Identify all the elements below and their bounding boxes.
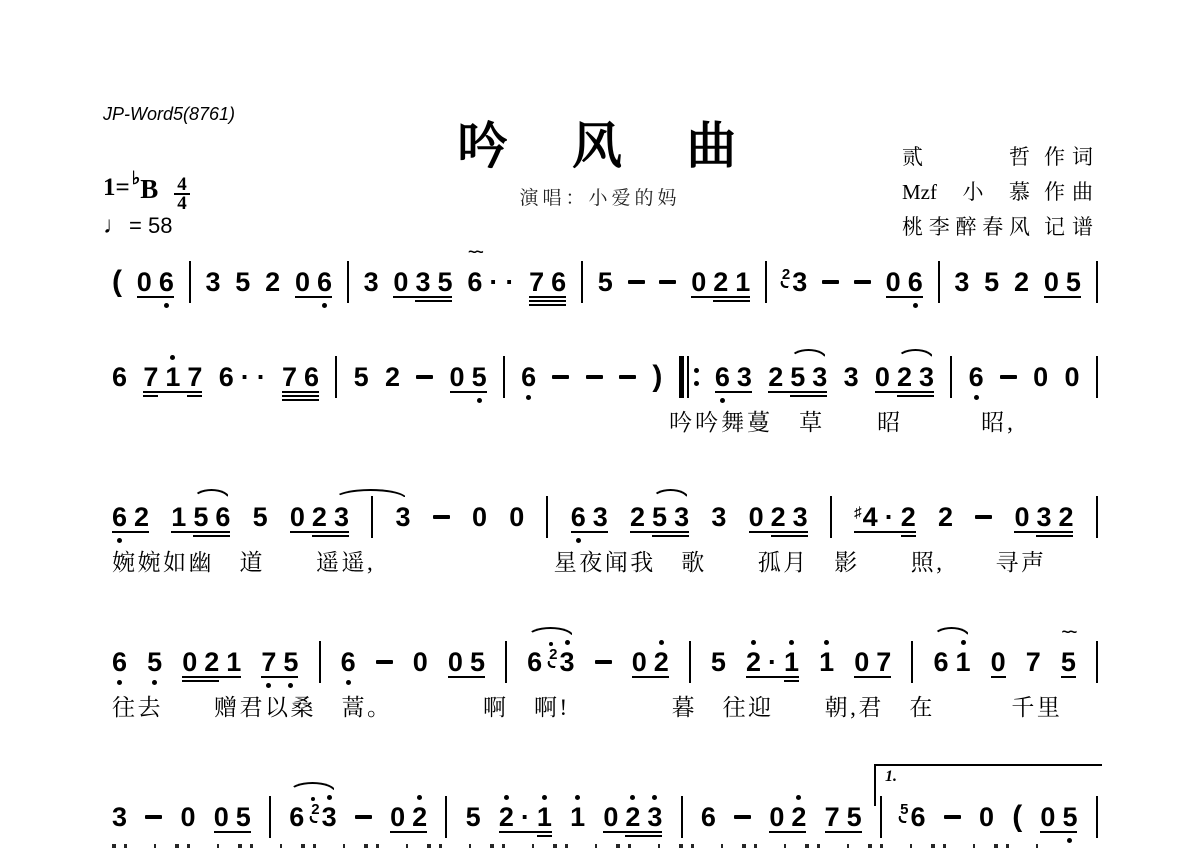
note: 6 <box>159 267 174 297</box>
octave-up-dot <box>575 795 580 800</box>
note-group: 623 <box>289 802 336 832</box>
system-2: 67176··7652056)632533023600吟吟舞蔓 草 昭 昭, <box>112 360 1098 437</box>
beam-line <box>1036 535 1073 537</box>
note-group: 1 <box>819 647 834 677</box>
octave-down-dot <box>266 683 271 688</box>
note: 2 <box>746 647 761 677</box>
octave-up-dot <box>311 797 315 801</box>
octave-up-dot <box>652 795 657 800</box>
dash-note <box>1000 375 1017 379</box>
note: 0 <box>295 267 310 297</box>
note: 3 <box>812 362 827 392</box>
beam-line <box>282 395 319 397</box>
octave-down-dot <box>913 303 918 308</box>
note: 2 <box>1014 267 1029 297</box>
octave-up-dot <box>504 795 509 800</box>
sharp-icon: ♯ <box>854 504 862 521</box>
note: 0 <box>472 502 487 532</box>
beam-line <box>529 300 566 302</box>
note-group: 62 <box>112 502 149 532</box>
note: 6 <box>215 502 230 532</box>
beam-line <box>854 531 916 533</box>
note: 3 <box>793 502 808 532</box>
note: 6 <box>341 647 356 677</box>
credit-lyricist: 贰哲 作词 <box>902 140 1100 175</box>
note-group: 3 <box>954 267 969 297</box>
note: 0 <box>182 647 197 677</box>
grace-note: 2 <box>311 803 319 817</box>
repeat-start-icon <box>679 356 699 398</box>
note: 0 <box>769 802 784 832</box>
note: 3 <box>415 267 430 297</box>
dash-note <box>416 375 433 379</box>
note: 6 <box>969 362 984 392</box>
note: 6 <box>317 267 332 297</box>
dash-note <box>376 660 393 664</box>
tie-arc <box>334 489 407 499</box>
system-3: 621565023300632533023♯4·22032婉婉如幽 道 遥遥, … <box>112 500 1098 577</box>
note-group: 05 <box>214 802 251 832</box>
note-group: 6 <box>112 362 127 392</box>
dash-note <box>552 375 569 379</box>
note-group: 23 <box>782 267 807 297</box>
dash-note <box>659 280 676 284</box>
beam-line <box>312 535 349 537</box>
beam-line <box>715 391 752 393</box>
beam-line <box>529 304 566 306</box>
note-group: 3 <box>395 502 410 532</box>
slur-arc <box>897 349 934 359</box>
note: 5 <box>472 362 487 392</box>
note-group: 5 <box>598 267 613 297</box>
note: 1 <box>226 647 241 677</box>
beam-line <box>632 676 669 678</box>
note: · <box>241 362 250 392</box>
dash-note <box>854 280 871 284</box>
note: 7 <box>876 647 891 677</box>
volta-label: 1. <box>885 768 897 786</box>
note: 0 <box>290 502 305 532</box>
note-group: 05 <box>448 647 485 677</box>
credits: 贰哲 作词 Mzf小慕 作曲 桃李醉春风 记谱 <box>902 140 1100 245</box>
note: 6 <box>304 362 319 392</box>
note: 7 <box>825 802 840 832</box>
note-group: 0 <box>472 502 487 532</box>
beam-line <box>854 676 891 678</box>
beam-line <box>897 395 934 397</box>
barline <box>765 261 767 303</box>
slur-arc <box>933 627 970 637</box>
note-group: 6 <box>112 647 127 677</box>
note-group: 0 <box>1033 362 1048 392</box>
note: 0 <box>413 647 428 677</box>
octave-up-dot <box>565 640 570 645</box>
note: 0 <box>854 647 869 677</box>
note: 56 <box>900 802 925 832</box>
note: 23 <box>549 647 574 677</box>
dash-note <box>433 515 450 519</box>
note-group: 06 <box>886 267 923 297</box>
dash-note <box>944 815 961 819</box>
note: · <box>521 802 530 832</box>
note: 2 <box>791 802 806 832</box>
note: 1 <box>784 647 799 677</box>
octave-up-dot <box>542 795 547 800</box>
credit-composer: Mzf小慕 作曲 <box>902 175 1100 210</box>
note: 0 <box>749 502 764 532</box>
note: 5 <box>193 502 208 532</box>
note: 6 <box>112 647 127 677</box>
note-group: 253 <box>630 502 689 532</box>
note: 6 <box>112 362 127 392</box>
note: 0 <box>393 267 408 297</box>
system-5: 30056230252·1102360275560(051. <box>112 800 1098 848</box>
slur-arc <box>527 627 574 637</box>
beam-line <box>182 680 219 682</box>
barline <box>546 496 548 538</box>
note-group: 0 <box>509 502 524 532</box>
note: 5 <box>847 802 862 832</box>
beam-line <box>691 296 750 298</box>
beam-line <box>143 391 202 393</box>
barline <box>371 496 373 538</box>
note: 6 <box>908 267 923 297</box>
note: 6 <box>112 502 127 532</box>
note-group: 75 <box>825 802 862 832</box>
key-letter: B <box>140 174 158 205</box>
note-group: 023 <box>875 362 934 392</box>
beam-line <box>529 296 566 298</box>
dash-note <box>822 280 839 284</box>
note: 2 <box>412 802 427 832</box>
beam-line <box>768 391 827 393</box>
note-group: 6 <box>969 362 984 392</box>
note: 0 <box>1033 362 1048 392</box>
beam-line <box>630 531 689 533</box>
measure-row: (063520630356~~··765021230635205 <box>112 265 1098 299</box>
note: 1 <box>735 267 750 297</box>
note-group: 6·· <box>219 362 266 392</box>
note: 3 <box>334 502 349 532</box>
paren: ) <box>652 362 662 392</box>
note: 6 <box>219 362 234 392</box>
note: 3 <box>647 802 662 832</box>
beam-line <box>1040 831 1077 833</box>
barline <box>938 261 940 303</box>
beam-line <box>991 676 1006 678</box>
note: 0 <box>450 362 465 392</box>
note: 1 <box>165 362 180 392</box>
note: 3 <box>919 362 934 392</box>
quarter-note-icon: ♩ <box>103 212 127 239</box>
clipped-lyrics <box>112 844 1039 848</box>
note-group: 035 <box>393 267 452 297</box>
note: 0 <box>991 647 1006 677</box>
note: 2 <box>654 647 669 677</box>
slur-arc <box>790 349 827 359</box>
beam-line <box>290 531 349 533</box>
note-group: 021 <box>691 267 750 297</box>
octave-up-dot <box>417 795 422 800</box>
note-group: 02 <box>769 802 806 832</box>
beam-line <box>295 296 332 298</box>
note-group: 61 <box>933 647 970 677</box>
note: 5 <box>984 267 999 297</box>
note: · <box>489 267 498 297</box>
note: 0 <box>886 267 901 297</box>
octave-up-dot <box>170 355 175 360</box>
credit-name: Mzf小慕 <box>902 175 1030 210</box>
note: 7 <box>261 647 276 677</box>
octave-up-dot <box>751 640 756 645</box>
note-group: 6 <box>521 362 536 392</box>
note-group: 7 <box>1026 647 1041 677</box>
note-group: 0 <box>991 647 1006 677</box>
lyrics-line: 婉婉如幽 道 遥遥, 星夜闻我 歌 孤月 影 照, 寻声 <box>112 544 1098 577</box>
note-group: 5 <box>253 502 268 532</box>
note-group: 0 <box>1064 362 1079 392</box>
beam-line <box>771 535 808 537</box>
beam-line <box>625 835 662 837</box>
mordent-icon: ~~ <box>1062 628 1076 638</box>
note: 2 <box>1059 502 1074 532</box>
barline <box>269 796 271 838</box>
octave-up-dot <box>659 640 664 645</box>
note: 3 <box>593 502 608 532</box>
barline <box>911 641 913 683</box>
octave-down-dot <box>526 395 531 400</box>
note-group: 3 <box>364 267 379 297</box>
note: 5 <box>466 802 481 832</box>
beam-line <box>790 395 827 397</box>
note: 3 <box>674 502 689 532</box>
note: ♯4 <box>854 502 878 532</box>
note: 0 <box>1040 802 1055 832</box>
note: 5 <box>283 647 298 677</box>
tempo-value: = 58 <box>129 213 172 238</box>
note-group: 56 <box>900 802 925 832</box>
octave-down-dot <box>322 303 327 308</box>
note-group: 3 <box>844 362 859 392</box>
note: 3 <box>711 502 726 532</box>
lyrics-line: 吟吟舞蔓 草 昭 昭, <box>112 404 1098 437</box>
barline <box>1096 641 1098 683</box>
barline <box>189 261 191 303</box>
dash-note <box>734 815 751 819</box>
note: 5 <box>253 502 268 532</box>
note-group: 2·1 <box>499 802 552 832</box>
beam-line <box>182 676 241 678</box>
note: 5 <box>470 647 485 677</box>
note: 2 <box>499 802 514 832</box>
note: 0 <box>1064 362 1079 392</box>
note: 2 <box>312 502 327 532</box>
note: 3 <box>395 502 410 532</box>
note-group: 5 <box>235 267 250 297</box>
measure-row: 621565023300632533023♯4·22032 <box>112 500 1098 534</box>
beam-line <box>193 535 230 537</box>
barline <box>581 261 583 303</box>
beam-line <box>282 391 319 393</box>
octave-down-dot <box>164 303 169 308</box>
beam-line <box>415 300 452 302</box>
octave-down-dot <box>117 538 122 543</box>
note-group: 63 <box>715 362 752 392</box>
note: 0 <box>1014 502 1029 532</box>
note: 0 <box>875 362 890 392</box>
note-group: 0 <box>979 802 994 832</box>
beam-line <box>875 391 934 393</box>
note: 0 <box>979 802 994 832</box>
note: 1 <box>537 802 552 832</box>
credit-role: 作曲 <box>1044 175 1100 210</box>
dash-note <box>586 375 603 379</box>
credit-transcriber: 桃李醉春风 记谱 <box>902 210 1100 245</box>
octave-down-dot <box>346 680 351 685</box>
octave-down-dot <box>576 538 581 543</box>
beam-line <box>901 535 916 537</box>
note: 5 <box>437 267 452 297</box>
beam-line <box>571 531 608 533</box>
octave-up-dot <box>961 640 966 645</box>
octave-down-dot <box>1067 838 1072 843</box>
measure-row: 67176··7652056)632533023600 <box>112 360 1098 394</box>
beam-line <box>112 531 149 533</box>
beam-line <box>450 391 487 393</box>
slur-arc <box>652 489 689 499</box>
note-group: 0 <box>180 802 195 832</box>
note: 5 <box>354 362 369 392</box>
barline <box>445 796 447 838</box>
note: 6 <box>715 362 730 392</box>
slur-arc <box>193 489 230 499</box>
beam-line <box>137 296 174 298</box>
beam-line <box>143 395 158 397</box>
beam-line <box>713 300 750 302</box>
octave-up-dot <box>789 640 794 645</box>
note: 2 <box>630 502 645 532</box>
note-group: 5 <box>466 802 481 832</box>
dash-note <box>145 815 162 819</box>
octave-up-dot <box>327 795 332 800</box>
time-signature: 44 <box>174 176 190 212</box>
system-1: (063520630356~~··765021230635205 <box>112 265 1098 299</box>
note: 1 <box>570 802 585 832</box>
barline <box>681 796 683 838</box>
note: 5 <box>790 362 805 392</box>
beam-line <box>214 831 251 833</box>
note: · <box>505 267 514 297</box>
note-group: 6 <box>341 647 356 677</box>
note: 2 <box>938 502 953 532</box>
note: 5 <box>1062 802 1077 832</box>
note-group: 2·1 <box>746 647 799 677</box>
note: 2 <box>204 647 219 677</box>
flat-icon: ♭ <box>132 168 141 189</box>
credit-name: 桃李醉春风 <box>902 210 1030 245</box>
octave-down-dot <box>477 398 482 403</box>
note-group: 2 <box>938 502 953 532</box>
beam-line <box>187 395 202 397</box>
note: 3 <box>737 362 752 392</box>
barline <box>830 496 832 538</box>
note: · <box>257 362 266 392</box>
beam-line <box>886 296 923 298</box>
octave-up-dot <box>630 795 635 800</box>
dash-note <box>595 660 612 664</box>
octave-down-dot <box>117 680 122 685</box>
note-group: 02 <box>632 647 669 677</box>
beam-line <box>652 535 689 537</box>
score-page: JP-Word5(8761) 吟 风 曲 演唱：小爱的妈 贰哲 作词 Mzf小慕… <box>0 0 1200 850</box>
note-group: 1 <box>570 802 585 832</box>
note-group: 623 <box>527 647 574 677</box>
note: 1 <box>956 647 971 677</box>
note-group: 6~~·· <box>467 267 514 297</box>
note-group: 06 <box>295 267 332 297</box>
note: 3 <box>954 267 969 297</box>
note: · <box>768 647 777 677</box>
octave-up-dot <box>824 640 829 645</box>
beam-line <box>603 831 662 833</box>
note: 0 <box>509 502 524 532</box>
barline <box>505 641 507 683</box>
note: 6 <box>933 647 948 677</box>
octave-down-dot <box>974 395 979 400</box>
note: 5 <box>598 267 613 297</box>
note-group: 5 <box>984 267 999 297</box>
barline <box>319 641 321 683</box>
note-group: 75 <box>261 647 298 677</box>
note: 6~~ <box>467 267 482 297</box>
beam-line <box>448 676 485 678</box>
note-group: 5 <box>147 647 162 677</box>
note: 6 <box>701 802 716 832</box>
note-group: 05 <box>1040 802 1077 832</box>
note-group: 2 <box>265 267 280 297</box>
note: 7 <box>282 362 297 392</box>
note: 2 <box>768 362 783 392</box>
note: 2 <box>265 267 280 297</box>
dash-note <box>355 815 372 819</box>
barline <box>1096 356 1098 398</box>
octave-down-dot <box>288 683 293 688</box>
barline <box>503 356 505 398</box>
note: 1 <box>819 647 834 677</box>
beam-line <box>1044 296 1081 298</box>
key-prefix: 1= <box>103 174 130 202</box>
note-group: 021 <box>182 647 241 677</box>
time-lower: 4 <box>174 195 190 212</box>
note: 2 <box>897 362 912 392</box>
beam-line <box>784 680 799 682</box>
note: 3 <box>1037 502 1052 532</box>
note: 2 <box>713 267 728 297</box>
barline <box>1096 496 1098 538</box>
note: 3 <box>205 267 220 297</box>
key-signature: 1=♭B 44 <box>103 174 190 210</box>
note-group: 023 <box>749 502 808 532</box>
note: · <box>885 502 894 532</box>
barline <box>1096 261 1098 303</box>
note: 7 <box>143 362 158 392</box>
note-group: 2 <box>385 362 400 392</box>
tempo-marking: ♩= 58 <box>103 212 172 240</box>
octave-up-dot <box>549 642 553 646</box>
note-group: 717 <box>143 362 202 392</box>
measure-row: 650217560056230252·110761075~~ <box>112 645 1098 679</box>
dash-note <box>619 375 636 379</box>
